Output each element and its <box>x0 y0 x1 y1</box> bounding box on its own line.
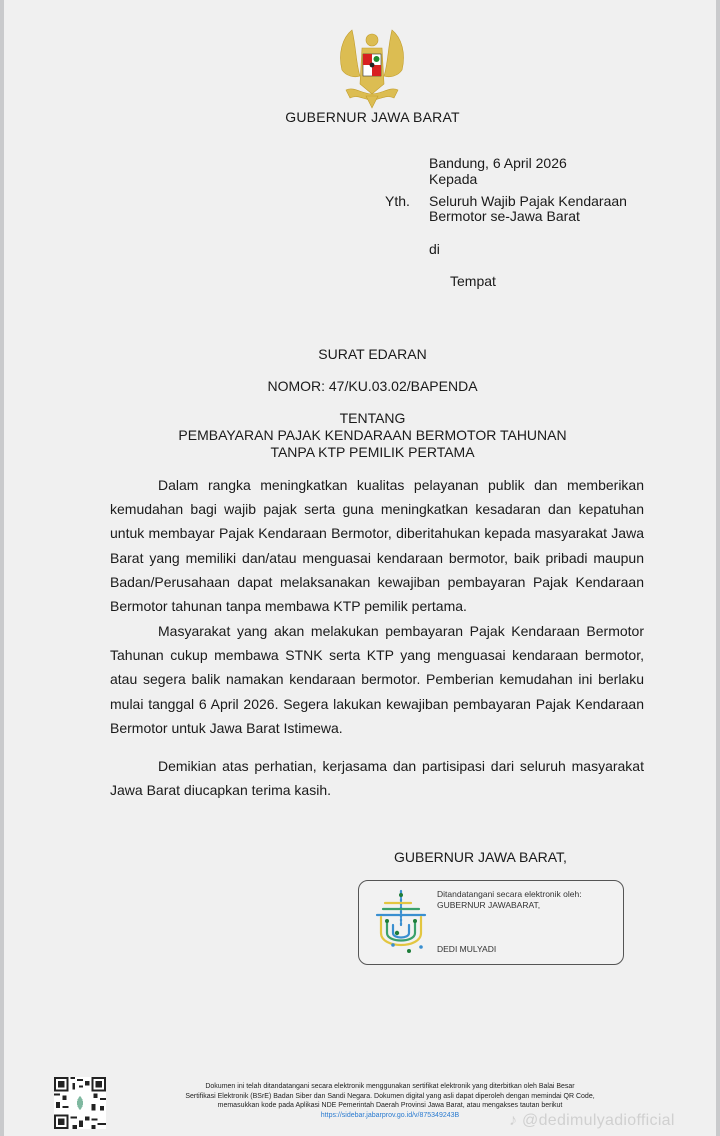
bsre-signature-logo-icon <box>373 887 429 959</box>
letter-page: GUBERNUR JAWA BARAT Bandung, 6 April 202… <box>4 0 716 1136</box>
subject-line-1: PEMBAYARAN PAJAK KENDARAAN BERMOTOR TAHU… <box>4 427 720 443</box>
disclaimer-line-2: Sertifikasi Elektronik (BSrE) Badan Sibe… <box>110 1092 670 1102</box>
place-label: Tempat <box>450 273 496 289</box>
garuda-emblem-icon <box>332 24 412 110</box>
recipient-line-1: Seluruh Wajib Pajak Kendaraan <box>429 193 627 209</box>
signed-by-label: Ditandatangani secara elektronik oleh: <box>437 889 582 899</box>
about-label: TENTANG <box>4 410 720 426</box>
body-paragraph-1: Dalam rangka meningkatkan kualitas pelay… <box>110 473 644 618</box>
yth-label: Yth. <box>385 193 410 209</box>
document-number: NOMOR: 47/KU.03.02/BAPENDA <box>4 378 720 394</box>
e-signature-box: Ditandatangani secara elektronik oleh: G… <box>358 880 624 965</box>
watermark-text: ♪ @dedimulyadiofficial <box>509 1112 675 1130</box>
di-label: di <box>429 241 440 257</box>
place-date: Bandung, 6 April 2026 <box>429 155 567 171</box>
recipient-line-2: Bermotor se-Jawa Barat <box>429 208 580 224</box>
disclaimer-line-1: Dokumen ini telah ditandatangani secara … <box>110 1082 670 1092</box>
signature-title: GUBERNUR JAWA BARAT, <box>394 849 567 865</box>
signer-name: DEDI MULYADI <box>437 944 496 954</box>
document-type: SURAT EDARAN <box>4 346 720 362</box>
disclaimer-line-3: memasukkan kode pada Aplikasi NDE Pemeri… <box>110 1101 670 1111</box>
letterhead-title: GUBERNUR JAWA BARAT <box>4 109 720 125</box>
body-paragraph-3: Demikian atas perhatian, kerjasama dan p… <box>110 754 644 802</box>
signer-position: GUBERNUR JAWABARAT, <box>437 900 540 910</box>
body-paragraph-2: Masyarakat yang akan melakukan pembayara… <box>110 619 644 740</box>
to-label: Kepada <box>429 171 477 187</box>
qr-code-icon[interactable] <box>54 1077 106 1129</box>
subject-line-2: TANPA KTP PEMILIK PERTAMA <box>4 444 720 460</box>
